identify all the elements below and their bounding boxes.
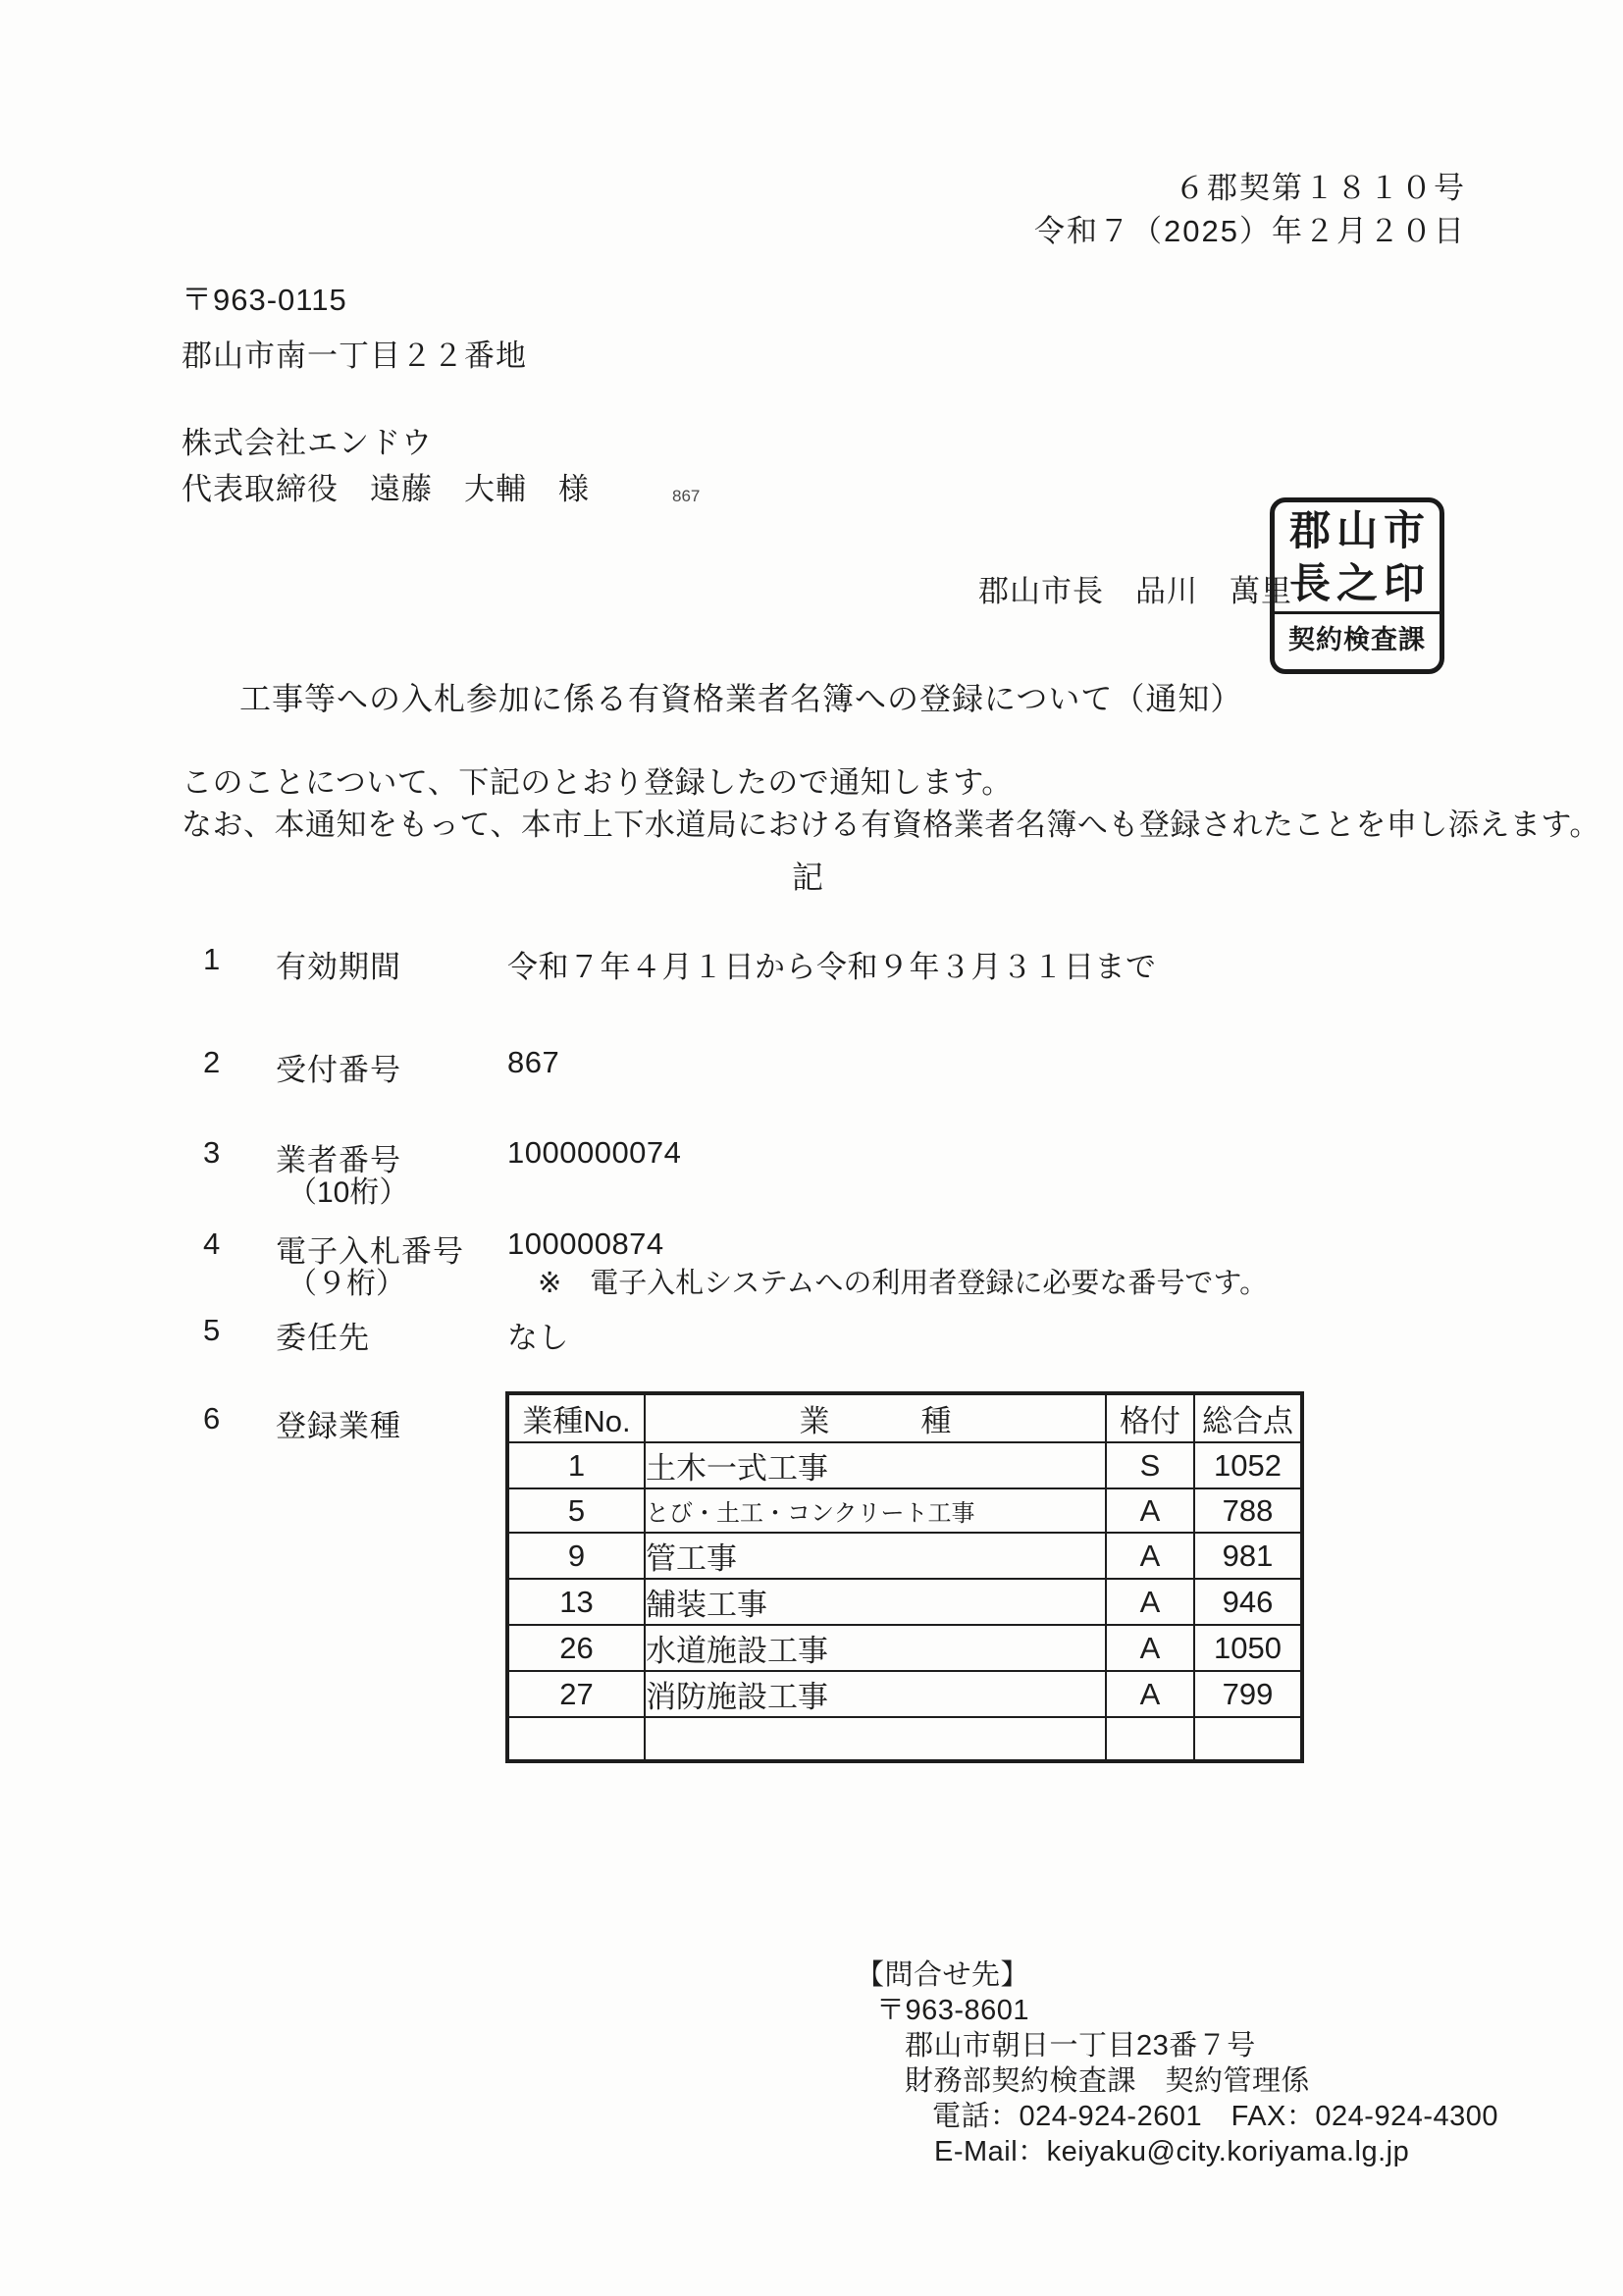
cell-type-number: 9 bbox=[507, 1533, 645, 1579]
document-date: 令和７（2025）年２月２０日 bbox=[1034, 210, 1466, 253]
cell-score: 788 bbox=[1194, 1488, 1302, 1533]
item-value: 100000874 bbox=[507, 1226, 664, 1262]
item-label: 委任先 bbox=[276, 1313, 370, 1357]
cell-type-name: 土木一式工事 bbox=[645, 1442, 1106, 1488]
cell-type-number: 13 bbox=[507, 1579, 645, 1625]
recipient-postal-code: 〒963-0115 bbox=[182, 283, 347, 319]
item-label: 電子入札番号 bbox=[276, 1226, 464, 1271]
body-line-2: なお、本通知をもって、本市上下水道局における有資格業者名簿へも登録されたことを申… bbox=[182, 808, 1600, 844]
cell-type-name bbox=[645, 1717, 1106, 1761]
cell-score: 799 bbox=[1194, 1671, 1302, 1717]
table-row: 9 管工事 A 981 bbox=[507, 1533, 1302, 1579]
contact-department: 財務部契約検査課 契約管理係 bbox=[905, 2059, 1310, 2099]
table-row-empty bbox=[507, 1717, 1302, 1761]
cell-score: 946 bbox=[1194, 1579, 1302, 1625]
record-marker: 記 bbox=[792, 860, 823, 897]
document-title: 工事等への入札参加に係る有資格業者名簿への登録について（通知） bbox=[239, 681, 1242, 718]
item-number: 1 bbox=[203, 942, 220, 977]
registered-types-table: 業種No. 業 種 格付 総合点 1 土木一式工事 S 1052 5 とび・土工… bbox=[505, 1391, 1304, 1763]
cell-grade: A bbox=[1106, 1579, 1194, 1625]
document-header: ６郡契第１８１０号 令和７（2025）年２月２０日 bbox=[1034, 167, 1466, 253]
table-row: 1 土木一式工事 S 1052 bbox=[507, 1442, 1302, 1488]
contact-email: E-Mail：keiyaku@city.koriyama.lg.jp bbox=[934, 2129, 1409, 2169]
cell-type-number: 26 bbox=[507, 1625, 645, 1671]
recipient-address: 郡山市南一丁目２２番地 bbox=[182, 339, 527, 375]
table-row: 13 舗装工事 A 946 bbox=[507, 1579, 1302, 1625]
header-type-name: 業 種 bbox=[645, 1393, 1106, 1442]
cell-type-number bbox=[507, 1717, 645, 1761]
cell-grade: A bbox=[1106, 1625, 1194, 1671]
contact-phone-fax: 電話：024-924-2601 FAX：024-924-4300 bbox=[932, 2094, 1498, 2134]
cell-grade: A bbox=[1106, 1671, 1194, 1717]
item-number: 3 bbox=[203, 1135, 220, 1171]
contact-postal-code: 〒963-8601 bbox=[876, 1988, 1029, 2028]
item-label: 業者番号 bbox=[276, 1135, 401, 1179]
cell-grade: S bbox=[1106, 1442, 1194, 1488]
cell-score: 1050 bbox=[1194, 1625, 1302, 1671]
item-label: 有効期間 bbox=[276, 942, 401, 986]
sender-mayor-line: 郡山市長 品川 萬里 bbox=[978, 574, 1292, 610]
table-row: 26 水道施設工事 A 1050 bbox=[507, 1625, 1302, 1671]
item-sublabel-digits-9: （９桁） bbox=[288, 1267, 405, 1301]
stamp-seal-text: 郡山市 長之印 bbox=[1275, 502, 1440, 614]
item-value: 1000000074 bbox=[507, 1135, 681, 1171]
item-value: なし bbox=[507, 1313, 569, 1357]
item-number: 2 bbox=[203, 1045, 220, 1080]
cell-score: 1052 bbox=[1194, 1442, 1302, 1488]
item-number: 4 bbox=[203, 1226, 220, 1262]
list-item-delegation: 5 委任先 なし bbox=[0, 1313, 1623, 1352]
cell-type-number: 1 bbox=[507, 1442, 645, 1488]
cell-type-name: 舗装工事 bbox=[645, 1579, 1106, 1625]
cell-score: 981 bbox=[1194, 1533, 1302, 1579]
contact-address: 郡山市朝日一丁目23番７号 bbox=[905, 2023, 1256, 2063]
cell-type-number: 5 bbox=[507, 1488, 645, 1533]
document-number: ６郡契第１８１０号 bbox=[1034, 167, 1466, 210]
cell-type-name: 水道施設工事 bbox=[645, 1625, 1106, 1671]
item-value: 867 bbox=[507, 1045, 559, 1080]
item-value: 令和７年４月１日から令和９年３月３１日まで bbox=[507, 942, 1157, 986]
list-item-validity: 1 有効期間 令和７年４月１日から令和９年３月３１日まで bbox=[0, 942, 1623, 981]
contact-heading: 【問合せ先】 bbox=[856, 1953, 1029, 1993]
recipient-company: 株式会社エンドウ bbox=[182, 426, 433, 462]
mayor-seal-stamp: 郡山市 長之印 契約検査課 bbox=[1270, 497, 1444, 674]
cell-type-name: 管工事 bbox=[645, 1533, 1106, 1579]
cell-grade bbox=[1106, 1717, 1194, 1761]
cell-grade: A bbox=[1106, 1488, 1194, 1533]
list-item-vendor-number: 3 業者番号 1000000074 bbox=[0, 1135, 1623, 1174]
item-label: 登録業種 bbox=[276, 1401, 401, 1445]
table-header-row: 業種No. 業 種 格付 総合点 bbox=[507, 1393, 1302, 1442]
scanned-notification-letter: ６郡契第１８１０号 令和７（2025）年２月２０日 〒963-0115 郡山市南… bbox=[0, 0, 1623, 2296]
header-total-score: 総合点 bbox=[1194, 1393, 1302, 1442]
stamp-department: 契約検査課 bbox=[1275, 614, 1440, 669]
cell-type-number: 27 bbox=[507, 1671, 645, 1717]
table-row: 27 消防施設工事 A 799 bbox=[507, 1671, 1302, 1717]
cell-type-name: 消防施設工事 bbox=[645, 1671, 1106, 1717]
cell-grade: A bbox=[1106, 1533, 1194, 1579]
stamp-row-2: 長之印 bbox=[1275, 557, 1440, 610]
stamp-row-1: 郡山市 bbox=[1275, 504, 1440, 557]
item-label: 受付番号 bbox=[276, 1045, 401, 1089]
table-row: 5 とび・土工・コンクリート工事 A 788 bbox=[507, 1488, 1302, 1533]
list-item-ebid-number: 4 電子入札番号 100000874 bbox=[0, 1226, 1623, 1266]
header-type-number: 業種No. bbox=[507, 1393, 645, 1442]
ebid-number-note: ※ 電子入札システムへの利用者登録に必要な番号です。 bbox=[538, 1267, 1268, 1300]
list-item-receipt-number: 2 受付番号 867 bbox=[0, 1045, 1623, 1084]
cell-type-name: とび・土工・コンクリート工事 bbox=[645, 1488, 1106, 1533]
header-grade: 格付 bbox=[1106, 1393, 1194, 1442]
item-sublabel-digits-10: （10桁） bbox=[288, 1175, 408, 1210]
body-line-1: このことについて、下記のとおり登録したので通知します。 bbox=[182, 765, 1013, 802]
cell-score bbox=[1194, 1717, 1302, 1761]
item-number: 6 bbox=[203, 1401, 220, 1436]
item-number: 5 bbox=[203, 1313, 220, 1348]
recipient-person: 代表取締役 遠藤 大輔 様 bbox=[182, 472, 590, 508]
reference-number-small: 867 bbox=[672, 487, 700, 506]
